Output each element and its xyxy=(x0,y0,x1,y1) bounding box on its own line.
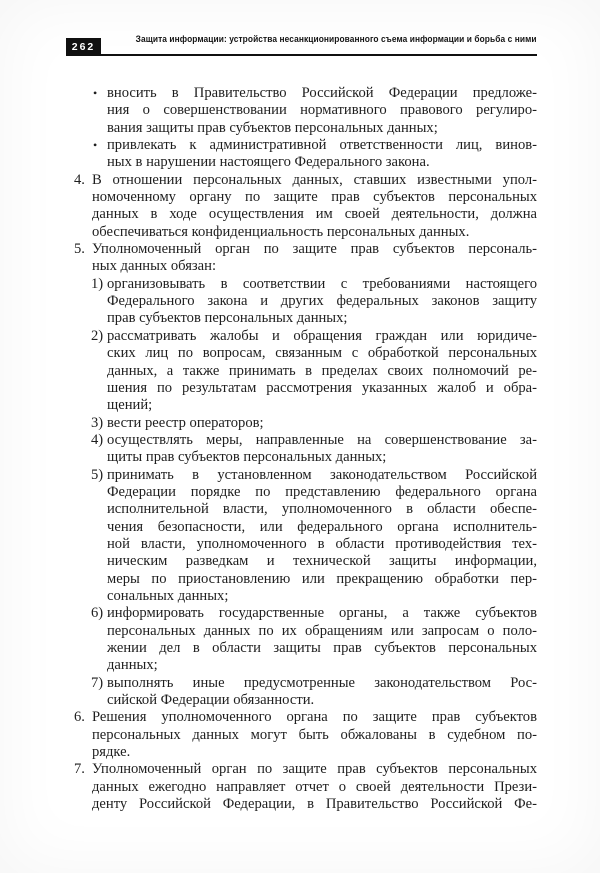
list-marker: • xyxy=(91,85,107,102)
list-item: 7) выполнять иные предусмотренные законо… xyxy=(74,675,537,710)
list-item-text: выполнять иные предусмотренные законодат… xyxy=(107,675,537,710)
list-marker: 7. xyxy=(74,761,92,778)
text-line: прав субъектов персональных данных; xyxy=(107,310,537,327)
text-line: рассматривать жалобы и обращения граждан… xyxy=(107,328,537,345)
text-line: Федерального закона и других федеральных… xyxy=(107,293,537,310)
scanned-book-page: 262 Защита информации: устройства несанк… xyxy=(0,0,600,873)
text-line: персональных данных по их обращениям или… xyxy=(107,623,537,640)
text-line: данных; xyxy=(107,657,537,674)
list-item: • вносить в Правительство Российской Фед… xyxy=(74,85,537,137)
list-marker: 7) xyxy=(91,675,107,692)
text-line: рядке. xyxy=(92,744,537,761)
list-item: 6. Решения уполномоченного органа по защ… xyxy=(74,709,537,761)
text-line: ных в нарушении настоящего Федерального … xyxy=(107,154,537,171)
text-line: информировать государственные органы, а … xyxy=(107,605,537,622)
list-item-text: привлекать к административной ответствен… xyxy=(107,137,537,172)
text-line: денту Российской Федерации, в Правительс… xyxy=(92,796,537,813)
text-line: Уполномоченный орган по защите прав субъ… xyxy=(92,761,537,778)
list-marker: 5. xyxy=(74,241,92,258)
text-line: номоченному органу по защите прав субъек… xyxy=(92,189,537,206)
text-line: организовывать в соответствии с требован… xyxy=(107,276,537,293)
list-item: 7. Уполномоченный орган по защите прав с… xyxy=(74,761,537,813)
text-line: щиты прав субъектов персональных данных; xyxy=(107,449,537,466)
text-line: ническим разведкам и технической защиты … xyxy=(107,553,537,570)
text-line: вносить в Правительство Российской Федер… xyxy=(107,85,537,102)
header-rule xyxy=(101,54,537,56)
text-line: ной власти, уполномоченного в области пр… xyxy=(107,536,537,553)
text-line: ных данных обязан: xyxy=(92,258,537,275)
text-line: ских лиц по вопросам, связанным с обрабо… xyxy=(107,345,537,362)
text-line: данных в ходе осуществления им своей дея… xyxy=(92,206,537,223)
text-line: вания защиты прав субъектов персональных… xyxy=(107,120,537,137)
list-marker: 4) xyxy=(91,432,107,449)
list-item: 4) осуществлять меры, направленные на со… xyxy=(74,432,537,467)
text-line: привлекать к административной ответствен… xyxy=(107,137,537,154)
list-marker: 3) xyxy=(91,415,107,432)
text-line: сийской Федерации обязанности. xyxy=(107,692,537,709)
list-item-text: В отношении персональных данных, ставших… xyxy=(92,172,537,241)
page-number: 262 xyxy=(72,41,96,53)
text-line: выполнять иные предусмотренные законодат… xyxy=(107,675,537,692)
list-item-text: рассматривать жалобы и обращения граждан… xyxy=(107,328,537,415)
text-line: Уполномоченный орган по защите прав субъ… xyxy=(92,241,537,258)
text-line: Решения уполномоченного органа по защите… xyxy=(92,709,537,726)
text-line: ния о совершенствовании нормативного пра… xyxy=(107,102,537,119)
text-line: исполнительной власти, уполномоченного в… xyxy=(107,501,537,518)
list-item-text: принимать в установленном законодательст… xyxy=(107,467,537,606)
list-item-text: осуществлять меры, направленные на совер… xyxy=(107,432,537,467)
list-item: 4. В отношении персональных данных, став… xyxy=(74,172,537,241)
list-marker: 6. xyxy=(74,709,92,726)
list-marker: 4. xyxy=(74,172,92,189)
text-line: щений; xyxy=(107,397,537,414)
text-line: принимать в установленном законодательст… xyxy=(107,467,537,484)
running-header-title: Защита информации: устройства несанкцион… xyxy=(136,34,537,45)
list-item-text: Уполномоченный орган по защите прав субъ… xyxy=(92,761,537,813)
list-item: 5) принимать в установленном законодател… xyxy=(74,467,537,606)
list-item: 1) организовывать в соответствии с требо… xyxy=(74,276,537,328)
list-item: 6) информировать государственные органы,… xyxy=(74,605,537,674)
list-item-text: Уполномоченный орган по защите прав субъ… xyxy=(92,241,537,276)
list-item: 2) рассматривать жалобы и обращения граж… xyxy=(74,328,537,415)
list-item-text: вносить в Правительство Российской Федер… xyxy=(107,85,537,137)
list-marker: 6) xyxy=(91,605,107,622)
list-item-text: вести реестр операторов; xyxy=(107,415,537,432)
list-item-text: Решения уполномоченного органа по защите… xyxy=(92,709,537,761)
text-line: чения безопасности, или федерального орг… xyxy=(107,519,537,536)
text-line: данных, а также принимать в пределах сво… xyxy=(107,363,537,380)
list-item-text: организовывать в соответствии с требован… xyxy=(107,276,537,328)
text-line: вести реестр операторов; xyxy=(107,415,537,432)
text-line: персональных данных могут быть обжалован… xyxy=(92,727,537,744)
list-marker: 5) xyxy=(91,467,107,484)
text-line: сональных данных; xyxy=(107,588,537,605)
text-line: обеспечиваться конфиденциальность персон… xyxy=(92,224,537,241)
text-line: осуществлять меры, направленные на совер… xyxy=(107,432,537,449)
text-line: Федерации порядке по представлению федер… xyxy=(107,484,537,501)
text-line: данных ежегодно направляет отчет о своей… xyxy=(92,779,537,796)
document-body: • вносить в Правительство Российской Фед… xyxy=(74,85,537,813)
text-line: меры по приостановлению или прекращению … xyxy=(107,571,537,588)
list-item-text: информировать государственные органы, а … xyxy=(107,605,537,674)
page-number-badge: 262 xyxy=(66,38,101,56)
list-marker: 2) xyxy=(91,328,107,345)
text-line: шения по результатам рассмотрения указан… xyxy=(107,380,537,397)
list-item: 5. Уполномоченный орган по защите прав с… xyxy=(74,241,537,276)
list-item: • привлекать к административной ответств… xyxy=(74,137,537,172)
list-item: 3) вести реестр операторов; xyxy=(74,415,537,432)
list-marker: • xyxy=(91,137,107,154)
list-marker: 1) xyxy=(91,276,107,293)
text-line: В отношении персональных данных, ставших… xyxy=(92,172,537,189)
text-line: жении дел в области защиты прав субъекто… xyxy=(107,640,537,657)
